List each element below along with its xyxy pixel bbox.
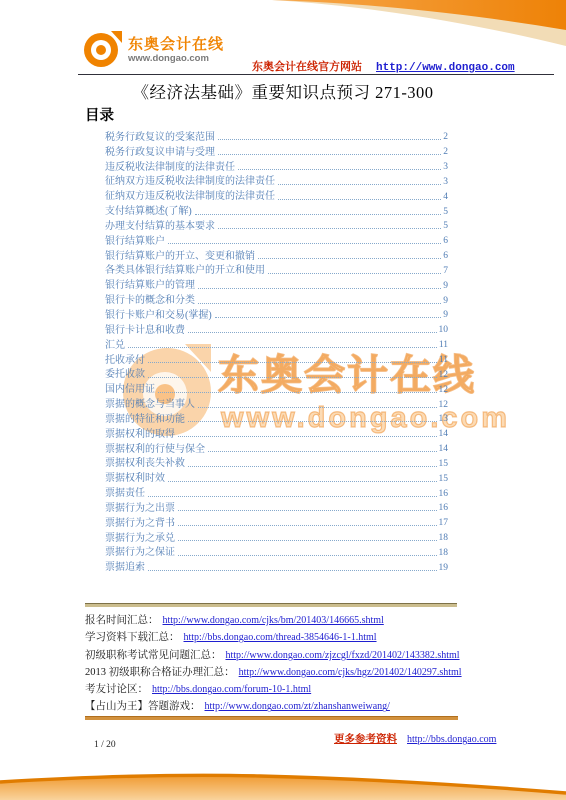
toc-entry-page: 4 [443, 192, 448, 203]
toc-entry[interactable]: 票据的特征和功能13 [105, 410, 448, 425]
resource-link-url[interactable]: http://www.dongao.com/zjzcgl/fxzd/201402… [226, 650, 460, 661]
toc-leader-dots [215, 317, 442, 318]
toc-entry[interactable]: 票据责任16 [105, 484, 448, 499]
toc-entry-label: 票据权利时效 [105, 469, 165, 484]
resource-link-row: 考友讨论区：http://bbs.dongao.com/forum-10-1.h… [85, 681, 525, 698]
toc-leader-dots [278, 199, 441, 200]
toc-leader-dots [158, 392, 437, 393]
toc-leader-dots [238, 169, 441, 170]
toc-entry-page: 9 [443, 310, 448, 321]
toc-leader-dots [198, 303, 441, 304]
toc-leader-dots [168, 243, 441, 244]
toc-entry-label: 办理支付结算的基本要求 [105, 217, 215, 232]
toc-entry-label: 票据的特征和功能 [105, 410, 185, 425]
toc-leader-dots [178, 436, 437, 437]
footer-divider [85, 716, 458, 720]
document-title: 《经济法基础》重要知识点预习 271-300 [0, 79, 566, 103]
toc-entry-page: 2 [443, 132, 448, 143]
toc-entry[interactable]: 票据的概念与当事人12 [105, 395, 448, 410]
toc-entry-label: 银行结算账户 [105, 232, 165, 247]
toc-entry-label: 支付结算概述(了解) [105, 202, 192, 217]
toc-entry[interactable]: 银行结算账户的开立、变更和撤销6 [105, 247, 448, 262]
toc-leader-dots [258, 258, 441, 259]
toc-entry[interactable]: 银行结算账户的管理9 [105, 276, 448, 291]
toc-heading: 目录 [85, 104, 114, 125]
toc-leader-dots [188, 332, 437, 333]
toc-entry[interactable]: 票据权利的行使与保全14 [105, 440, 448, 455]
toc-entry-label: 票据追索 [105, 558, 145, 573]
dongao-logo[interactable]: 东奥会计在线 www.dongao.com [84, 31, 224, 69]
toc-entry-label: 票据权利的取得 [105, 425, 175, 440]
official-site-label: 东奥会计在线官方网站 [252, 61, 362, 73]
toc-entry-label: 银行卡的概念和分类 [105, 291, 195, 306]
toc-list: 税务行政复议的受案范围2税务行政复议申请与受理2违反税收法律制度的法律责任3征纳… [105, 128, 448, 573]
toc-leader-dots [128, 347, 437, 348]
toc-entry[interactable]: 支付结算概述(了解)5 [105, 202, 448, 217]
logo-brand-name: 东奥会计在线 [128, 36, 224, 53]
toc-entry-page: 3 [443, 162, 448, 173]
toc-entry[interactable]: 违反税收法律制度的法律责任3 [105, 158, 448, 173]
toc-entry[interactable]: 票据权利丧失补救15 [105, 455, 448, 470]
toc-entry-page: 6 [443, 236, 448, 247]
more-resources-link[interactable]: http://bbs.dongao.com [407, 734, 496, 745]
official-site-link[interactable]: http://www.dongao.com [376, 62, 515, 74]
toc-entry[interactable]: 银行结算账户6 [105, 232, 448, 247]
toc-entry-page: 17 [439, 518, 449, 529]
resource-link-url[interactable]: http://bbs.dongao.com/forum-10-1.html [152, 684, 311, 695]
toc-entry-label: 汇兑 [105, 336, 125, 351]
toc-entry[interactable]: 票据行为之保证18 [105, 544, 448, 559]
toc-entry-page: 15 [439, 459, 449, 470]
toc-entry-label: 票据的概念与当事人 [105, 395, 195, 410]
resource-link-url[interactable]: http://www.dongao.com/cjks/bm/201403/146… [163, 615, 384, 626]
toc-entry-label: 委托收款 [105, 365, 145, 380]
toc-leader-dots [188, 421, 437, 422]
toc-entry-page: 6 [443, 251, 448, 262]
resource-link-label: 【占山为王】答题游戏： [85, 701, 201, 712]
toc-entry-page: 9 [443, 296, 448, 307]
toc-entry[interactable]: 各类具体银行结算账户的开立和使用7 [105, 262, 448, 277]
bottom-edge-decoration [0, 754, 566, 800]
toc-entry-page: 12 [439, 385, 449, 396]
toc-entry[interactable]: 委托收款12 [105, 366, 448, 381]
toc-entry[interactable]: 征纳双方违反税收法律制度的法律责任3 [105, 173, 448, 188]
toc-entry-page: 3 [443, 177, 448, 188]
toc-entry-label: 票据权利的行使与保全 [105, 440, 205, 455]
footer-more-resources: 更多参考资料http://bbs.dongao.com [334, 729, 496, 747]
toc-leader-dots [148, 377, 437, 378]
toc-entry[interactable]: 银行卡账户和交易(掌握)9 [105, 306, 448, 321]
toc-entry-page: 5 [443, 207, 448, 218]
page-number: 1 / 20 [94, 740, 116, 750]
logo-brand-url: www.dongao.com [128, 53, 224, 64]
toc-entry[interactable]: 国内信用证12 [105, 380, 448, 395]
toc-leader-dots [178, 555, 437, 556]
resource-link-label: 2013 初级职称合格证办理汇总： [85, 667, 235, 678]
toc-entry-label: 各类具体银行结算账户的开立和使用 [105, 261, 265, 276]
toc-leader-dots [208, 451, 437, 452]
toc-entry[interactable]: 汇兑11 [105, 336, 448, 351]
toc-entry-label: 违反税收法律制度的法律责任 [105, 158, 235, 173]
toc-leader-dots [198, 288, 441, 289]
toc-entry-page: 15 [439, 474, 449, 485]
toc-entry-page: 19 [439, 563, 449, 574]
toc-entry[interactable]: 税务行政复议申请与受理2 [105, 143, 448, 158]
toc-entry[interactable]: 银行卡的概念和分类9 [105, 291, 448, 306]
toc-entry-label: 票据行为之背书 [105, 514, 175, 529]
toc-leader-dots [178, 510, 437, 511]
toc-entry-page: 14 [439, 444, 449, 455]
resource-link-row: 【占山为王】答题游戏：http://www.dongao.com/zt/zhan… [85, 698, 525, 715]
toc-entry-label: 托收承付 [105, 351, 145, 366]
toc-entry-label: 票据行为之承兑 [105, 529, 175, 544]
toc-leader-dots [268, 273, 441, 274]
toc-entry-page: 10 [439, 325, 449, 336]
toc-entry-page: 16 [439, 503, 449, 514]
toc-entry[interactable]: 票据权利的取得14 [105, 425, 448, 440]
document-page: 东奥会计在线 www.dongao.com 东奥会计在线官方网站http://w… [0, 0, 566, 800]
toc-entry-page: 16 [439, 489, 449, 500]
resource-link-url[interactable]: http://www.dongao.com/cjks/hgz/201402/14… [239, 667, 462, 678]
toc-entry-label: 银行结算账户的管理 [105, 276, 195, 291]
resource-link-row: 报名时间汇总：http://www.dongao.com/cjks/bm/201… [85, 612, 525, 629]
resource-links: 报名时间汇总：http://www.dongao.com/cjks/bm/201… [85, 612, 525, 716]
resource-link-label: 考友讨论区： [85, 684, 148, 695]
toc-entry[interactable]: 办理支付结算的基本要求5 [105, 217, 448, 232]
toc-entry-label: 票据权利丧失补救 [105, 454, 185, 469]
resource-link-label: 报名时间汇总： [85, 615, 159, 626]
toc-entry-label: 票据责任 [105, 484, 145, 499]
toc-entry-page: 11 [439, 355, 448, 366]
resource-link-row: 2013 初级职称合格证办理汇总：http://www.dongao.com/c… [85, 664, 525, 681]
more-resources-label[interactable]: 更多参考资料 [334, 734, 397, 745]
toc-entry-page: 11 [439, 340, 448, 351]
toc-entry-label: 征纳双方违反税收法律制度的法律责任 [105, 172, 275, 187]
toc-entry-page: 9 [443, 281, 448, 292]
toc-entry-label: 国内信用证 [105, 380, 155, 395]
toc-entry-page: 18 [439, 548, 449, 559]
resource-link-url[interactable]: http://bbs.dongao.com/thread-3854646-1-1… [184, 632, 377, 643]
header-divider [78, 74, 554, 75]
toc-leader-dots [188, 466, 437, 467]
links-top-divider [85, 603, 457, 607]
toc-entry-page: 12 [439, 370, 449, 381]
toc-leader-dots [178, 540, 437, 541]
resource-link-label: 学习资料下载汇总： [85, 632, 180, 643]
toc-entry-page: 13 [439, 414, 449, 425]
logo-text-block: 东奥会计在线 www.dongao.com [128, 36, 224, 64]
toc-leader-dots [218, 228, 441, 229]
toc-entry[interactable]: 票据追索19 [105, 558, 448, 573]
resource-link-url[interactable]: http://www.dongao.com/zt/zhanshanweiwang… [205, 701, 390, 712]
resource-link-row: 初级职称考试常见问题汇总：http://www.dongao.com/zjzcg… [85, 647, 525, 664]
resource-link-row: 学习资料下载汇总：http://bbs.dongao.com/thread-38… [85, 629, 525, 646]
toc-entry[interactable]: 票据权利时效15 [105, 469, 448, 484]
toc-entry[interactable]: 托收承付11 [105, 351, 448, 366]
toc-entry-page: 7 [443, 266, 448, 277]
toc-entry[interactable]: 票据行为之出票16 [105, 499, 448, 514]
toc-entry-label: 税务行政复议申请与受理 [105, 143, 215, 158]
toc-entry[interactable]: 征纳双方违反税收法律制度的法律责任4 [105, 187, 448, 202]
resource-link-label: 初级职称考试常见问题汇总： [85, 650, 222, 661]
dongao-logo-icon [84, 31, 122, 69]
toc-entry[interactable]: 票据行为之背书17 [105, 514, 448, 529]
toc-leader-dots [148, 570, 437, 571]
toc-entry-label: 税务行政复议的受案范围 [105, 128, 215, 143]
toc-leader-dots [278, 184, 441, 185]
toc-entry-page: 12 [439, 400, 449, 411]
toc-entry[interactable]: 税务行政复议的受案范围2 [105, 128, 448, 143]
toc-entry-label: 银行卡计息和收费 [105, 321, 185, 336]
toc-leader-dots [178, 525, 437, 526]
header-site-info: 东奥会计在线官方网站http://www.dongao.com [252, 57, 515, 75]
toc-leader-dots [218, 154, 441, 155]
toc-entry-label: 银行结算账户的开立、变更和撤销 [105, 247, 255, 262]
toc-entry-page: 14 [439, 429, 449, 440]
toc-leader-dots [148, 362, 437, 363]
toc-leader-dots [195, 214, 442, 215]
toc-entry[interactable]: 银行卡计息和收费10 [105, 321, 448, 336]
toc-entry-label: 银行卡账户和交易(掌握) [105, 306, 212, 321]
toc-leader-dots [148, 496, 437, 497]
toc-entry-label: 征纳双方违反税收法律制度的法律责任 [105, 187, 275, 202]
toc-leader-dots [198, 407, 437, 408]
toc-entry-label: 票据行为之出票 [105, 499, 175, 514]
toc-entry-page: 2 [443, 147, 448, 158]
toc-entry-label: 票据行为之保证 [105, 543, 175, 558]
toc-entry-page: 18 [439, 533, 449, 544]
toc-entry[interactable]: 票据行为之承兑18 [105, 529, 448, 544]
toc-leader-dots [168, 481, 437, 482]
toc-leader-dots [218, 139, 441, 140]
toc-entry-page: 5 [443, 221, 448, 232]
